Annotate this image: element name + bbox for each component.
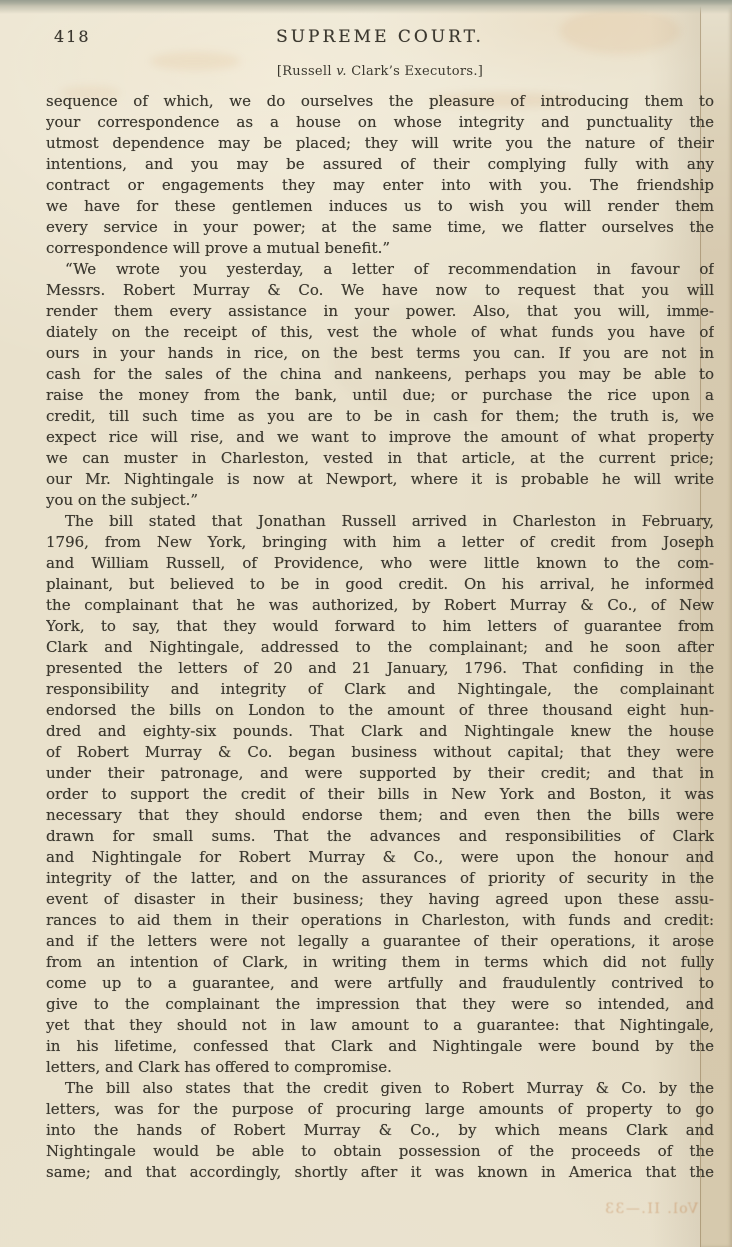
- paragraph: The bill also states that the credit giv…: [46, 1078, 714, 1183]
- case-caption-prefix: [Russell: [277, 64, 336, 79]
- text-line: come up to a guarantee, and were artfull…: [46, 973, 714, 994]
- text-line: credit, till such time as you are to be …: [46, 406, 714, 427]
- text-line: event of disaster in their business; the…: [46, 889, 714, 910]
- text-line: and if the letters were not legally a gu…: [46, 931, 714, 952]
- text-line: raise the money from the bank, until due…: [46, 385, 714, 406]
- text-line: plainant, but believed to be in good cre…: [46, 574, 714, 595]
- text-line: of Robert Murray & Co. began business wi…: [46, 742, 714, 763]
- text-line: drawn for small sums. That the advances …: [46, 826, 714, 847]
- case-caption-suffix: Clark’s Executors.]: [347, 64, 483, 79]
- running-header-title: SUPREME COURT.: [46, 27, 714, 47]
- text-line: The bill also states that the credit giv…: [46, 1078, 714, 1099]
- text-line: 1796, from New York, bringing with him a…: [46, 532, 714, 553]
- text-line: “We wrote you yesterday, a letter of rec…: [46, 259, 714, 280]
- text-line: we can muster in Charleston, vested in t…: [46, 448, 714, 469]
- text-line: and William Russell, of Providence, who …: [46, 553, 714, 574]
- paragraph: “We wrote you yesterday, a letter of rec…: [46, 259, 714, 511]
- text-line: intentions, and you may be assured of th…: [46, 154, 714, 175]
- text-line: expect rice will rise, and we want to im…: [46, 427, 714, 448]
- text-line: endorsed the bills on London to the amou…: [46, 700, 714, 721]
- text-line: letters, and Clark has offered to compro…: [46, 1057, 714, 1078]
- text-line: order to support the credit of their bil…: [46, 784, 714, 805]
- text-line: you on the subject.”: [46, 490, 714, 511]
- text-line: render them every assistance in your pow…: [46, 301, 714, 322]
- text-line: yet that they should not in law amount t…: [46, 1015, 714, 1036]
- text-line: in his lifetime, confessed that Clark an…: [46, 1036, 714, 1057]
- bleedthrough-text: Vol. II.—33: [552, 1201, 698, 1217]
- text-line: and Nightingale for Robert Murray & Co.,…: [46, 847, 714, 868]
- text-line: every service in your power; at the same…: [46, 217, 714, 238]
- text-line: ours in your hands in rice, on the best …: [46, 343, 714, 364]
- text-line: we have for these gentlemen induces us t…: [46, 196, 714, 217]
- running-head: 418 SUPREME COURT.: [46, 27, 714, 49]
- scanned-book-page: 418 SUPREME COURT. [Russell v. Clark’s E…: [0, 0, 732, 1247]
- text-line: utmost dependence may be placed; they wi…: [46, 133, 714, 154]
- text-line: give to the complainant the impression t…: [46, 994, 714, 1015]
- case-caption: [Russell v. Clark’s Executors.]: [46, 64, 714, 79]
- text-line: into the hands of Robert Murray & Co., b…: [46, 1120, 714, 1141]
- case-caption-versus: v.: [336, 64, 347, 79]
- text-line: from an intention of Clark, in writing t…: [46, 952, 714, 973]
- text-line: correspondence will prove a mutual benef…: [46, 238, 714, 259]
- text-line: sequence of which, we do ourselves the p…: [46, 91, 714, 112]
- text-line: necessary that they should endorse them;…: [46, 805, 714, 826]
- page-number: 418: [54, 27, 91, 46]
- text-line: same; and that accordingly, shortly afte…: [46, 1162, 714, 1183]
- text-line: under their patronage, and were supporte…: [46, 763, 714, 784]
- body-text: sequence of which, we do ourselves the p…: [46, 91, 714, 1183]
- text-line: The bill stated that Jonathan Russell ar…: [46, 511, 714, 532]
- text-line: York, to say, that they would forward to…: [46, 616, 714, 637]
- text-line: Messrs. Robert Murray & Co. We have now …: [46, 280, 714, 301]
- text-line: our Mr. Nightingale is now at Newport, w…: [46, 469, 714, 490]
- text-line: presented the letters of 20 and 21 Janua…: [46, 658, 714, 679]
- text-line: cash for the sales of the china and nank…: [46, 364, 714, 385]
- paragraph: The bill stated that Jonathan Russell ar…: [46, 511, 714, 1078]
- text-line: rances to aid them in their operations i…: [46, 910, 714, 931]
- text-line: integrity of the latter, and on the assu…: [46, 868, 714, 889]
- text-line: letters, was for the purpose of procurin…: [46, 1099, 714, 1120]
- text-line: diately on the receipt of this, vest the…: [46, 322, 714, 343]
- text-line: Clark and Nightingale, addressed to the …: [46, 637, 714, 658]
- text-line: contract or engagements they may enter i…: [46, 175, 714, 196]
- text-line: the complainant that he was authorized, …: [46, 595, 714, 616]
- text-line: your correspondence as a house on whose …: [46, 112, 714, 133]
- text-line: Nightingale would be able to obtain poss…: [46, 1141, 714, 1162]
- paragraph: sequence of which, we do ourselves the p…: [46, 91, 714, 259]
- page-content: 418 SUPREME COURT. [Russell v. Clark’s E…: [46, 0, 714, 1183]
- text-line: dred and eighty-six pounds. That Clark a…: [46, 721, 714, 742]
- text-line: responsibility and integrity of Clark an…: [46, 679, 714, 700]
